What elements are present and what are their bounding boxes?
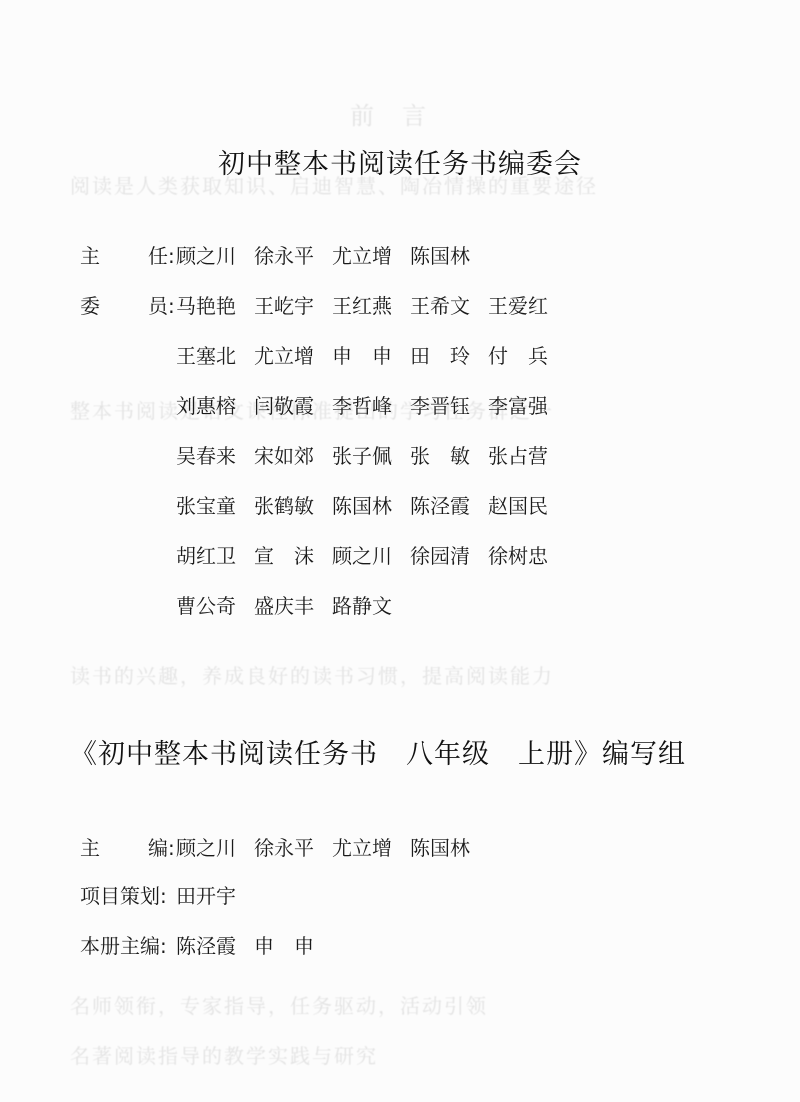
writing-group-title: 《初中整本书阅读任务书 八年级 上册》编写组 xyxy=(70,732,686,771)
director-label-b: 任 xyxy=(148,240,168,269)
members-label-a: 委 xyxy=(80,290,148,319)
chief-editor-row: 主 编 : xyxy=(80,832,179,861)
person-name: 闫敬霞 xyxy=(254,390,332,419)
person-name: 申 申 xyxy=(332,340,410,369)
colon: : xyxy=(168,244,175,268)
person-name: 王爱红 xyxy=(488,290,566,319)
person-name: 李晋钰 xyxy=(410,390,488,419)
volume-editor-row: 本册主编: xyxy=(80,930,176,959)
director-names: 顾之川 徐永平 尤立增 陈国林 xyxy=(176,240,488,269)
person-name: 尤立增 xyxy=(332,832,410,861)
members-row: 委 员 : xyxy=(80,290,179,319)
project-planning-label: 项目策划: xyxy=(80,880,176,909)
ghost-line: 名著阅读指导的教学实践与研究 xyxy=(70,1040,740,1069)
person-name: 田开宇 xyxy=(176,880,254,909)
person-name: 顾之川 xyxy=(176,240,254,269)
person-name: 李哲峰 xyxy=(332,390,410,419)
colon: : xyxy=(168,294,175,318)
person-name: 曹公奇 xyxy=(176,590,254,619)
members-line: 曹公奇 盛庆丰 路静文 xyxy=(176,590,410,619)
person-name: 徐树忠 xyxy=(488,540,566,569)
person-name: 顾之川 xyxy=(332,540,410,569)
person-name: 张 敏 xyxy=(410,440,488,469)
person-name: 申 申 xyxy=(254,930,332,959)
person-name: 王红燕 xyxy=(332,290,410,319)
colon: : xyxy=(168,836,175,860)
person-name: 徐永平 xyxy=(254,240,332,269)
person-name: 徐园清 xyxy=(410,540,488,569)
committee-title: 初中整本书阅读任务书编委会 xyxy=(0,142,800,181)
person-name: 王塞北 xyxy=(176,340,254,369)
project-planning-row: 项目策划: xyxy=(80,880,176,909)
person-name: 张宝童 xyxy=(176,490,254,519)
members-line: 胡红卫 宣 沫 顾之川 徐园清 徐树忠 xyxy=(176,540,566,569)
volume-editor-label: 本册主编: xyxy=(80,930,176,959)
person-name: 张鹤敏 xyxy=(254,490,332,519)
person-name: 胡红卫 xyxy=(176,540,254,569)
person-name: 顾之川 xyxy=(176,832,254,861)
person-name: 赵国民 xyxy=(488,490,566,519)
person-name: 尤立增 xyxy=(254,340,332,369)
ghost-line: 名师领衔，专家指导，任务驱动，活动引领 xyxy=(70,990,740,1019)
person-name: 盛庆丰 xyxy=(254,590,332,619)
person-name: 刘惠榕 xyxy=(176,390,254,419)
person-name: 王屹宇 xyxy=(254,290,332,319)
chief-editor-label-b: 编 xyxy=(148,832,168,861)
members-line: 张宝童 张鹤敏 陈国林 陈泾霞 赵国民 xyxy=(176,490,566,519)
person-name: 张占营 xyxy=(488,440,566,469)
person-name: 宋如郊 xyxy=(254,440,332,469)
volume-editor-names: 陈泾霞 申 申 xyxy=(176,930,332,959)
person-name: 李富强 xyxy=(488,390,566,419)
person-name: 陈国林 xyxy=(332,490,410,519)
director-row: 主 任 : xyxy=(80,240,179,269)
members-line: 王塞北 尤立增 申 申 田 玲 付 兵 xyxy=(176,340,566,369)
members-label-b: 员 xyxy=(148,290,168,319)
person-name: 宣 沫 xyxy=(254,540,332,569)
members-line: 马艳艳 王屹宇 王红燕 王希文 王爱红 xyxy=(176,290,566,319)
person-name: 陈泾霞 xyxy=(410,490,488,519)
chief-editor-names: 顾之川 徐永平 尤立增 陈国林 xyxy=(176,832,488,861)
director-label-a: 主 xyxy=(80,240,148,269)
person-name: 路静文 xyxy=(332,590,410,619)
ghost-line: 读书的兴趣，养成良好的读书习惯，提高阅读能力 xyxy=(70,660,740,689)
person-name: 田 玲 xyxy=(410,340,488,369)
ghost-heading: 前 言 xyxy=(350,96,740,131)
members-line: 吴春来 宋如郊 张子佩 张 敏 张占营 xyxy=(176,440,566,469)
person-name: 陈泾霞 xyxy=(176,930,254,959)
person-name: 王希文 xyxy=(410,290,488,319)
person-name: 张子佩 xyxy=(332,440,410,469)
person-name: 陈国林 xyxy=(410,832,488,861)
person-name: 马艳艳 xyxy=(176,290,254,319)
chief-editor-label-a: 主 xyxy=(80,832,148,861)
person-name: 付 兵 xyxy=(488,340,566,369)
person-name: 陈国林 xyxy=(410,240,488,269)
person-name: 吴春来 xyxy=(176,440,254,469)
members-line: 刘惠榕 闫敬霞 李哲峰 李晋钰 李富强 xyxy=(176,390,566,419)
person-name: 徐永平 xyxy=(254,832,332,861)
project-planning-names: 田开宇 xyxy=(176,880,254,909)
person-name: 尤立增 xyxy=(332,240,410,269)
